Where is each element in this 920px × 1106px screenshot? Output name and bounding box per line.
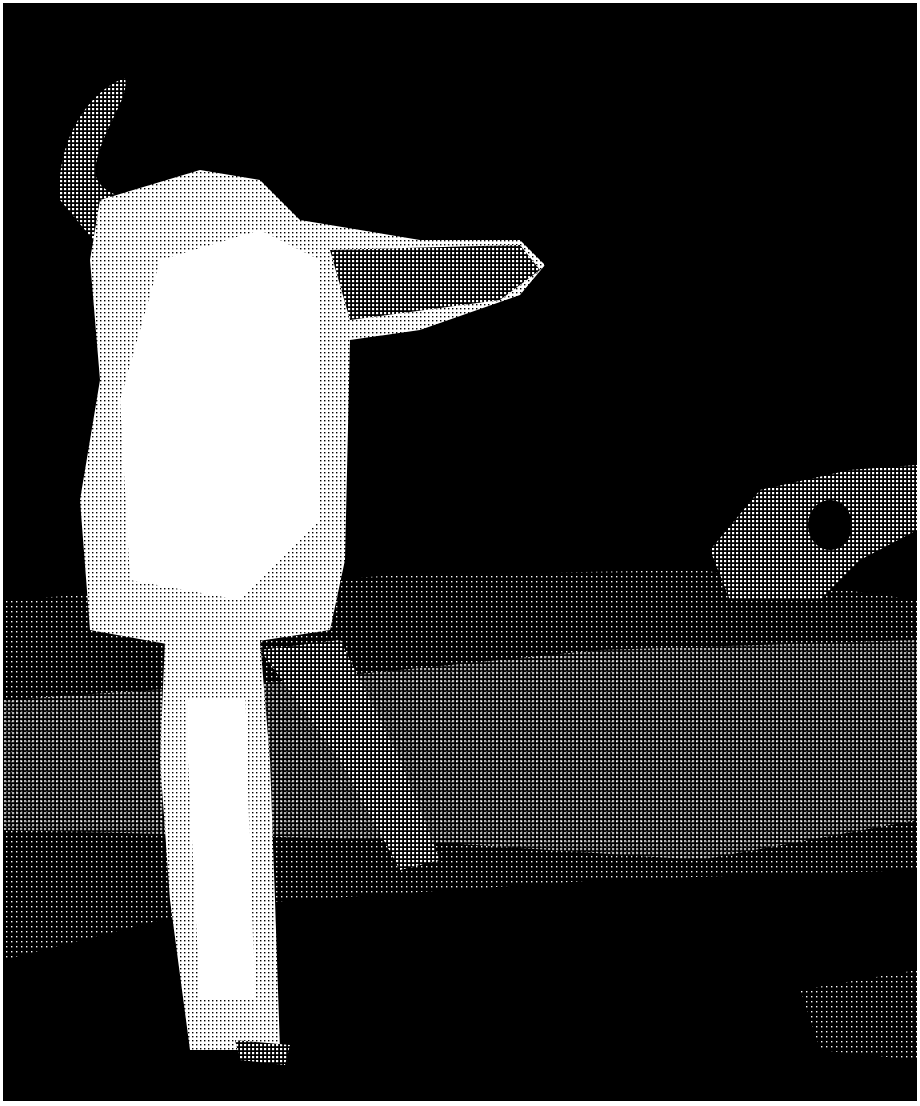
halftone-photograph [0,0,920,1106]
